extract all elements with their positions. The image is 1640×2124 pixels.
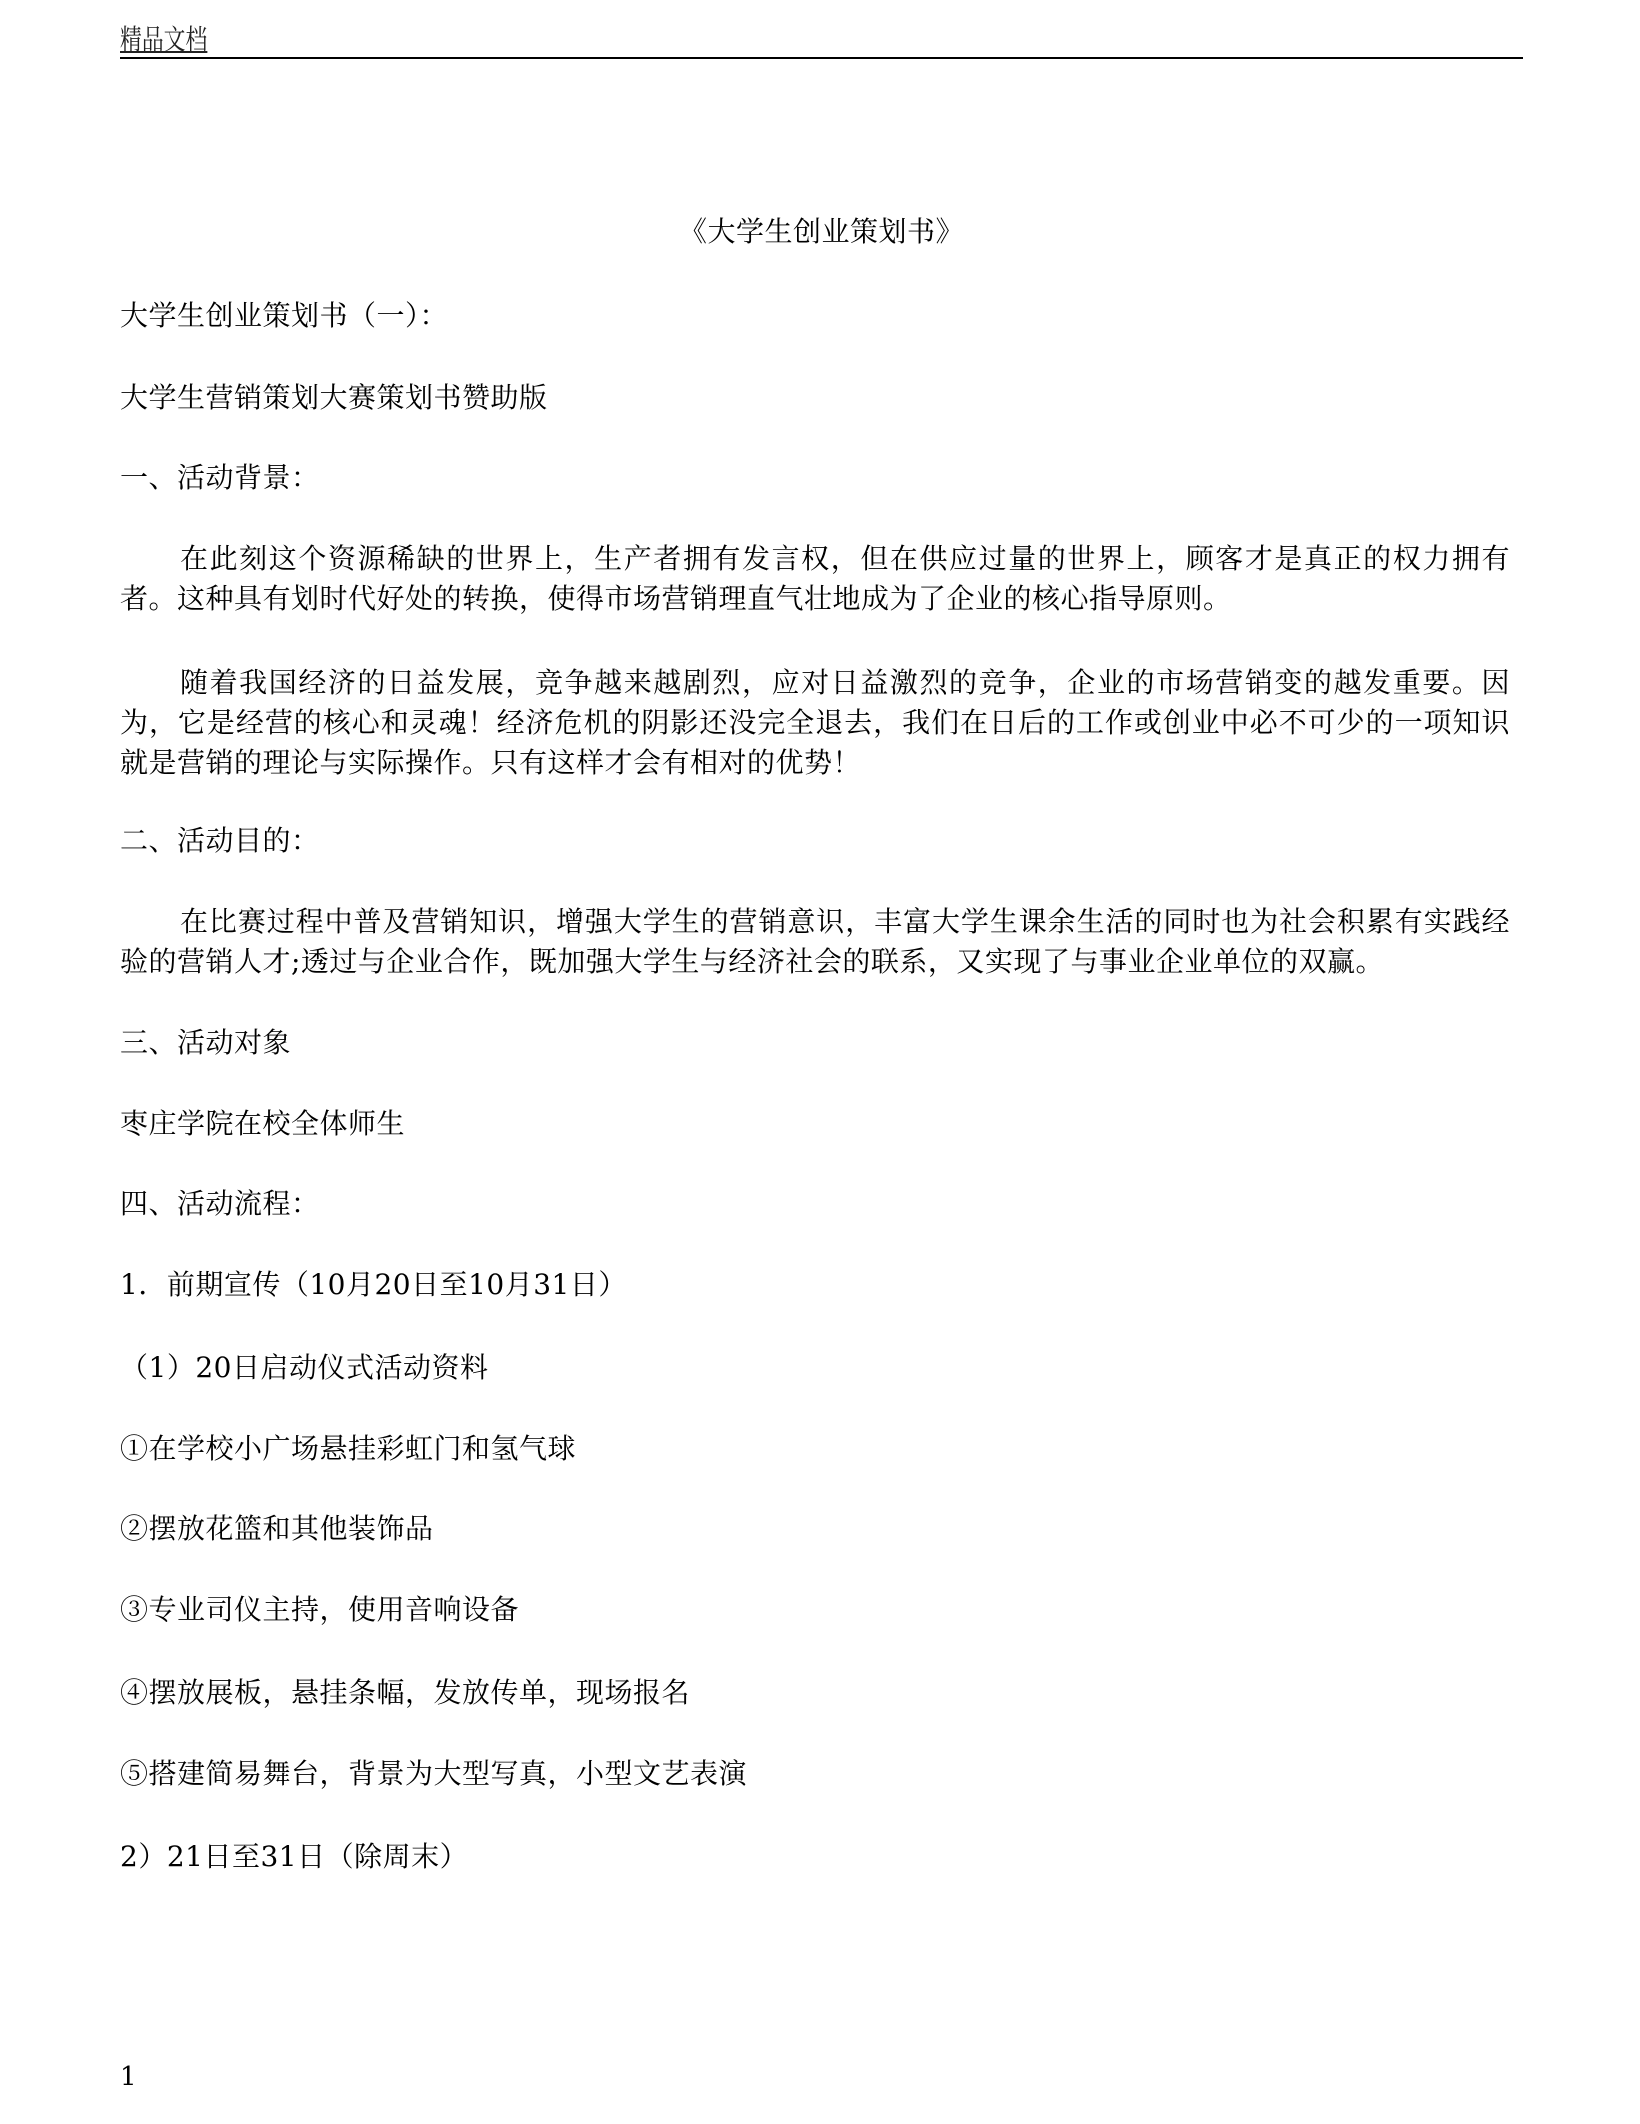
list-item: ②摆放花篮和其他装饰品: [120, 1509, 1505, 1549]
document-title: 《大学生创业策划书》: [120, 212, 1523, 252]
list-item: （1）20日启动仪式活动资料: [120, 1348, 1505, 1388]
paragraph-background-1: 在此刻这个资源稀缺的世界上，生产者拥有发言权，但在供应过量的世界上，顾客才是真正…: [120, 539, 1510, 619]
section-heading-purpose: 二、活动目的：: [120, 821, 1505, 861]
section-heading-process: 四、活动流程：: [120, 1184, 1505, 1224]
list-item: ⑤搭建简易舞台，背景为大型写真，小型文艺表演: [120, 1754, 1505, 1794]
section-heading-background: 一、活动背景：: [120, 458, 1505, 498]
page-number: 1: [120, 2062, 137, 2092]
document-subsubtitle: 大学生营销策划大赛策划书赞助版: [120, 378, 1505, 418]
document-subtitle: 大学生创业策划书（一）：: [120, 296, 1505, 336]
paragraph-purpose: 在比赛过程中普及营销知识，增强大学生的营销意识，丰富大学生课余生活的同时也为社会…: [120, 902, 1510, 982]
paragraph-audience: 枣庄学院在校全体师生: [120, 1104, 1505, 1144]
list-item: 2）21日至31日（除周末）: [120, 1837, 1505, 1877]
list-item: 1．前期宣传（10月20日至10月31日）: [120, 1265, 1505, 1305]
page-header: 精品文档: [120, 18, 1523, 59]
section-heading-audience: 三、活动对象: [120, 1023, 1505, 1063]
list-item: ③专业司仪主持，使用音响设备: [120, 1590, 1505, 1630]
list-item: ①在学校小广场悬挂彩虹门和氢气球: [120, 1429, 1505, 1469]
paragraph-background-2: 随着我国经济的日益发展，竞争越来越剧烈，应对日益激烈的竞争，企业的市场营销变的越…: [120, 663, 1510, 783]
list-item: ④摆放展板，悬挂条幅，发放传单，现场报名: [120, 1673, 1505, 1713]
header-text: 精品文档: [120, 24, 207, 56]
